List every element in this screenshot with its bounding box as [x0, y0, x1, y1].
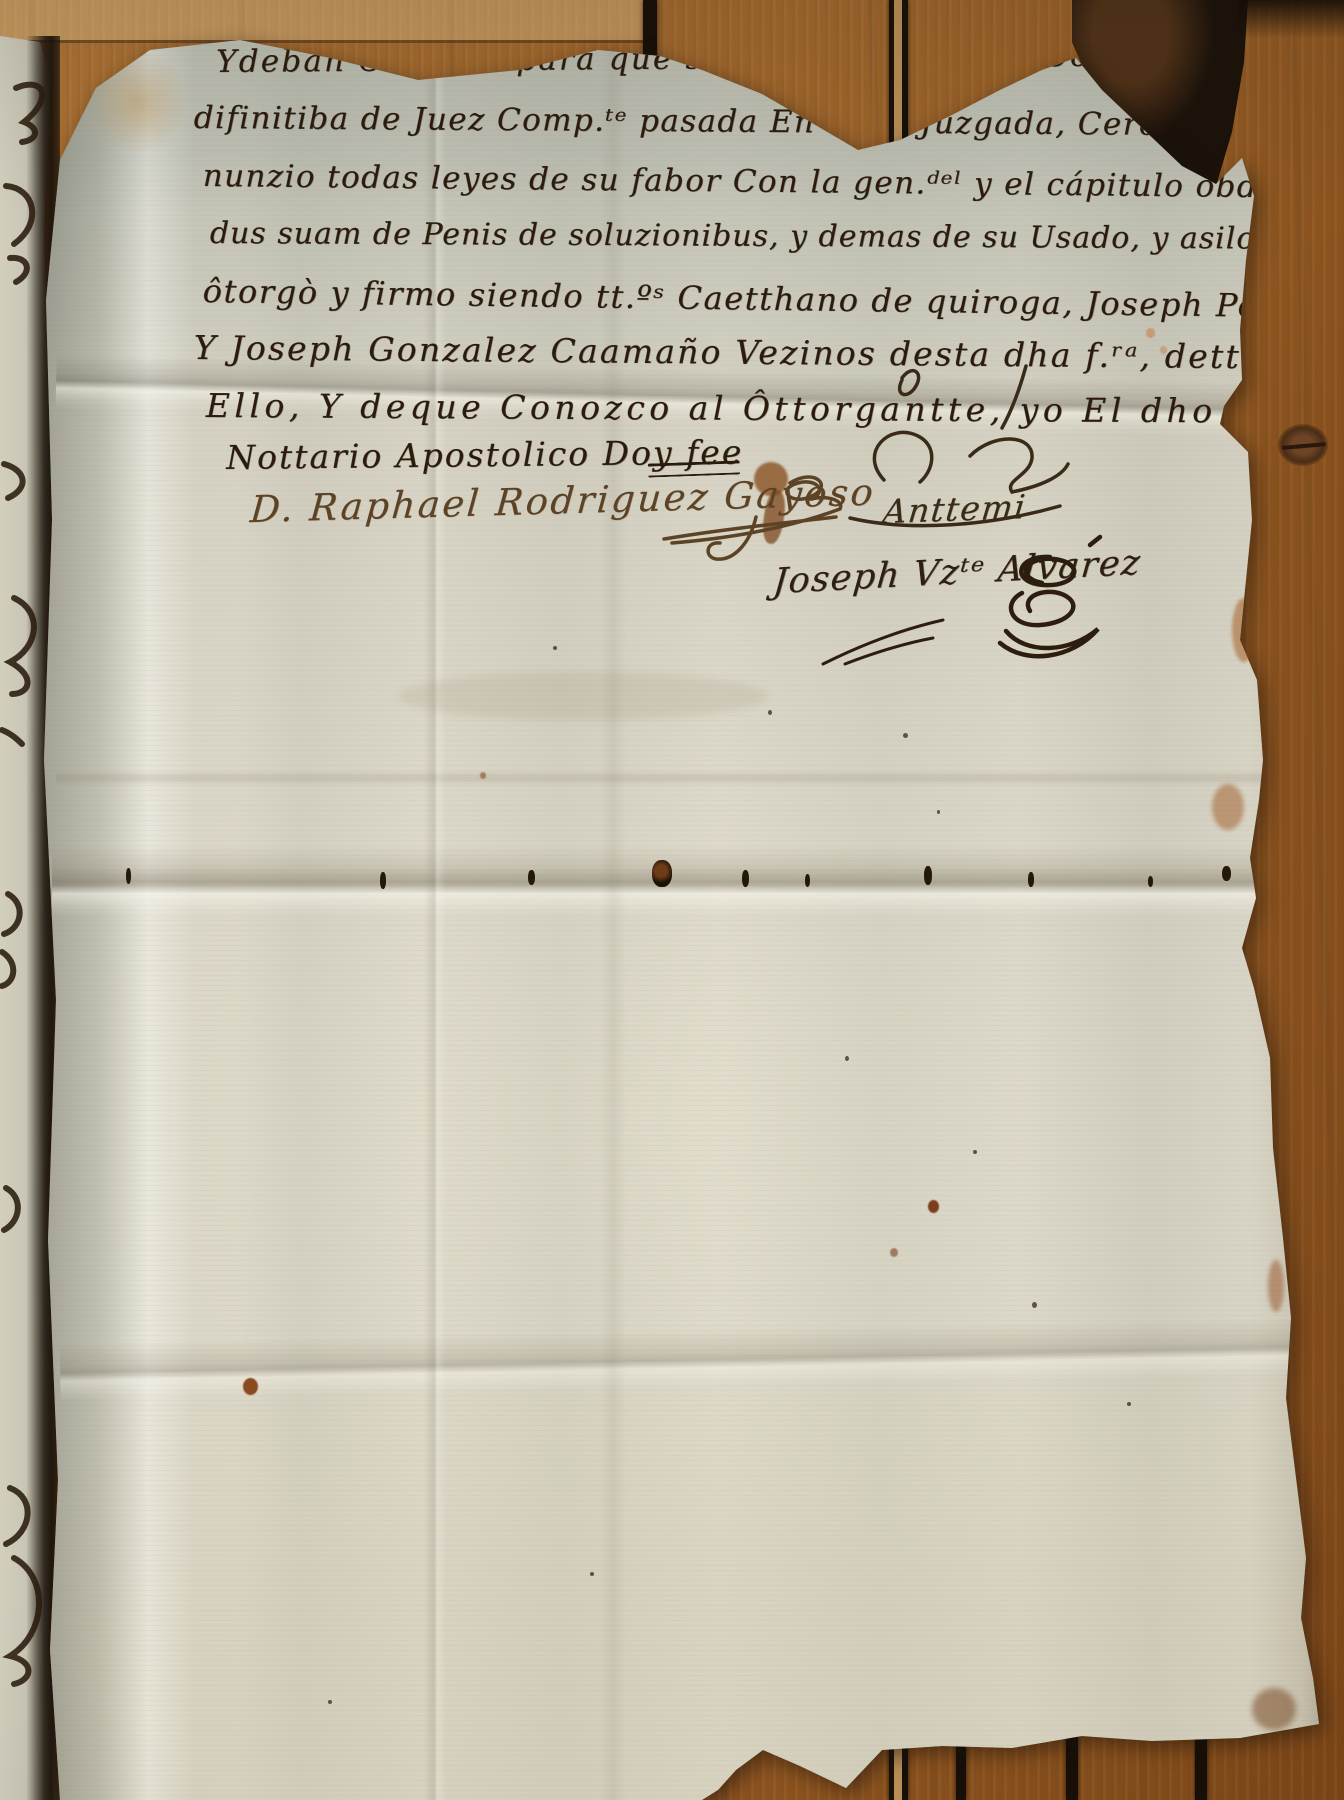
stain-top-left [82, 52, 194, 152]
edge-stain [1268, 1260, 1284, 1312]
speck [768, 710, 772, 715]
paper-sheet: Ydeban Conozer para que selo hagan Cumpl… [0, 0, 1344, 1800]
manuscript-line: nunzio todas leyes de su fabor Con la ge… [203, 158, 1316, 206]
speck [845, 1056, 849, 1061]
speck [328, 1700, 332, 1704]
manuscript-photo: Ydeban Conozer para que selo hagan Cumpl… [0, 0, 1344, 1800]
fold-tear [1222, 866, 1231, 881]
speck [1032, 1302, 1037, 1308]
manuscript-line: ôtorgò y firmo siendo tt.ºˢ Caetthano de… [202, 272, 1314, 326]
fold-tear [380, 872, 386, 889]
manuscript-line: Y Joseph Gonzalez Caamaño Vezinos desta … [194, 328, 1309, 377]
manuscript-line: difinitiba de Juez Comp.ᵗᵉ pasada En Cos… [194, 100, 1344, 144]
fold-tear [528, 870, 535, 885]
speck [973, 1150, 977, 1154]
notary-underline-flourish [815, 612, 955, 672]
speck [903, 733, 908, 738]
speck [590, 1572, 594, 1576]
fold-tear-large [652, 860, 672, 887]
notary-rubric-flourish [992, 535, 1122, 665]
fold-tear [805, 874, 810, 887]
fold-tear [1028, 872, 1034, 887]
edge-stain [1212, 784, 1244, 830]
manuscript-line: dus suam de Penis de soluzionibus, y dem… [210, 216, 1344, 257]
speck [1127, 1402, 1131, 1406]
manuscript-line: Ydeban Conozer para que selo hagan Cumpl… [216, 37, 1277, 80]
fold-tear [1148, 876, 1153, 887]
speck [937, 810, 940, 814]
rust-spot [928, 1200, 939, 1213]
show-through-smudge [398, 672, 768, 720]
paper-sheet-wrap: Ydeban Conozer para que selo hagan Cumpl… [0, 0, 1344, 1800]
rust-spot [243, 1378, 258, 1395]
ante-mi-flourish [830, 360, 1070, 560]
fold-tear [924, 866, 932, 885]
speck [553, 646, 557, 650]
rust-spot [480, 772, 486, 779]
rust-spot [890, 1248, 898, 1257]
fold-tear [742, 870, 749, 887]
fold-tear [126, 868, 131, 884]
fold-crease-faint [56, 770, 1266, 786]
edge-stain [1232, 598, 1256, 662]
edge-stain-bottom [1252, 1688, 1296, 1730]
